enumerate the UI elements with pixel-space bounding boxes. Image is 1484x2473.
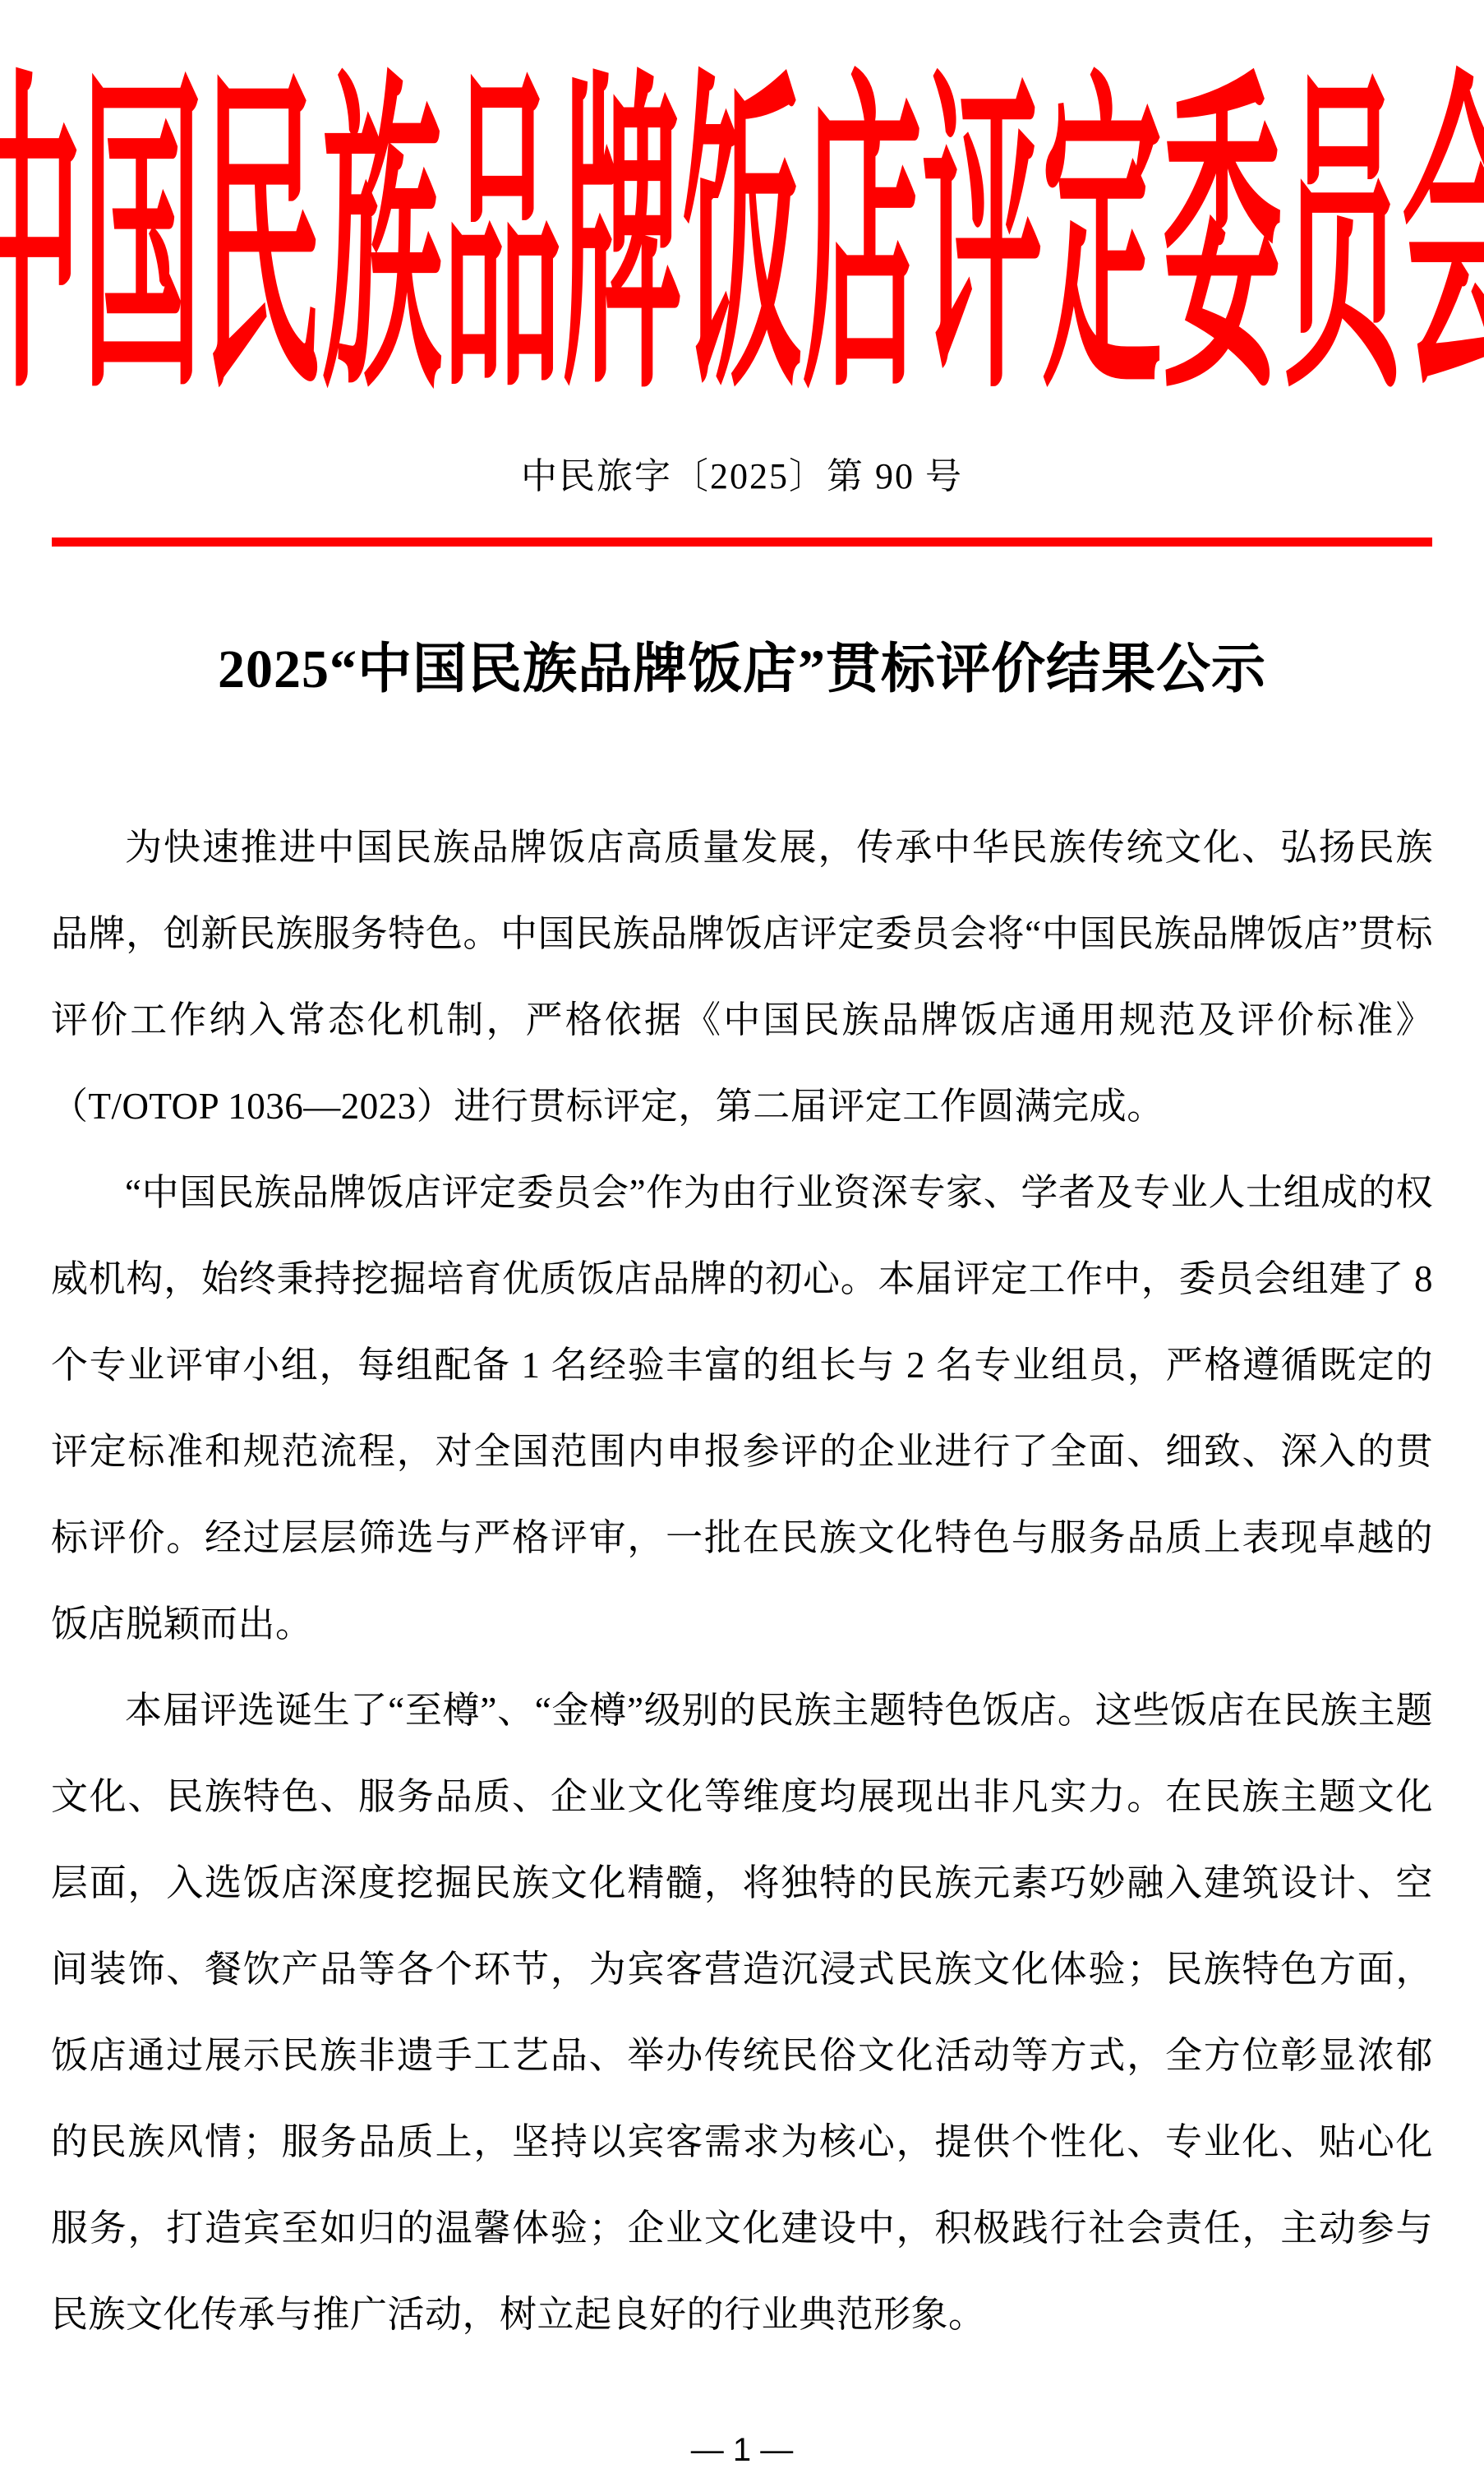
body-paragraph: 为快速推进中国民族品牌饭店高质量发展，传承中华民族传统文化、弘扬民族品牌，创新民…: [51, 805, 1433, 1150]
red-divider-line: [52, 538, 1432, 547]
document-page: 中国民族品牌饭店评定委员会 中民旅字〔2025〕第 90 号 2025“中国民族…: [0, 0, 1484, 2473]
body-paragraph: “中国民族品牌饭店评定委员会”作为由行业资深专家、学者及专业人士组成的权威机构，…: [51, 1150, 1433, 1668]
masthead: 中国民族品牌饭店评定委员会: [0, 72, 1484, 411]
document-title: 2025“中国民族品牌饭店”贯标评价结果公示: [0, 632, 1484, 708]
body-paragraph: 本届评选诞生了“至樽”、“金樽”级别的民族主题特色饭店。这些饭店在民族主题文化、…: [51, 1668, 1433, 2358]
document-number: 中民旅字〔2025〕第 90 号: [0, 454, 1484, 500]
document-body: 为快速推进中国民族品牌饭店高质量发展，传承中华民族传统文化、弘扬民族品牌，创新民…: [51, 805, 1433, 2358]
page-number: — 1 —: [0, 2431, 1484, 2469]
masthead-title: 中国民族品牌饭店评定委员会: [0, 74, 1484, 410]
